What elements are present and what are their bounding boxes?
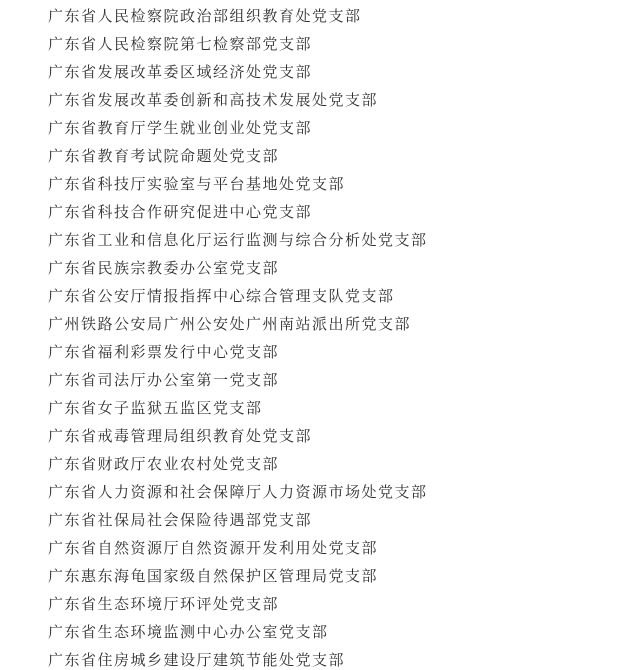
list-item: 广东省科技厅实验室与平台基地处党支部	[48, 171, 640, 199]
list-item: 广东惠东海龟国家级自然保护区管理局党支部	[48, 563, 640, 591]
list-item: 广东省公安厅情报指挥中心综合管理支队党支部	[48, 283, 640, 311]
list-item: 广东省发展改革委创新和高技术发展处党支部	[48, 87, 640, 115]
list-item: 广东省戒毒管理局组织教育处党支部	[48, 423, 640, 451]
list-item: 广东省生态环境厅环评处党支部	[48, 591, 640, 619]
list-item: 广东省社保局社会保险待遇部党支部	[48, 507, 640, 535]
list-item: 广东省科技合作研究促进中心党支部	[48, 199, 640, 227]
list-item: 广东省工业和信息化厅运行监测与综合分析处党支部	[48, 227, 640, 255]
list-item: 广东省发展改革委区域经济处党支部	[48, 59, 640, 87]
list-item: 广州铁路公安局广州公安处广州南站派出所党支部	[48, 311, 640, 339]
list-item: 广东省民族宗教委办公室党支部	[48, 255, 640, 283]
list-item: 广东省住房城乡建设厅建筑节能处党支部	[48, 647, 640, 670]
branch-list: 广东省人民检察院政治部组织教育处党支部广东省人民检察院第七检察部党支部广东省发展…	[48, 3, 640, 670]
list-item: 广东省财政厅农业农村处党支部	[48, 451, 640, 479]
list-item: 广东省生态环境监测中心办公室党支部	[48, 619, 640, 647]
list-item: 广东省教育考试院命题处党支部	[48, 143, 640, 171]
document-page: 广东省人民检察院政治部组织教育处党支部广东省人民检察院第七检察部党支部广东省发展…	[0, 0, 640, 670]
list-item: 广东省自然资源厅自然资源开发利用处党支部	[48, 535, 640, 563]
list-item: 广东省福利彩票发行中心党支部	[48, 339, 640, 367]
list-item: 广东省女子监狱五监区党支部	[48, 395, 640, 423]
list-item: 广东省人民检察院第七检察部党支部	[48, 31, 640, 59]
list-item: 广东省教育厅学生就业创业处党支部	[48, 115, 640, 143]
list-item: 广东省人民检察院政治部组织教育处党支部	[48, 3, 640, 31]
list-item: 广东省人力资源和社会保障厅人力资源市场处党支部	[48, 479, 640, 507]
list-item: 广东省司法厅办公室第一党支部	[48, 367, 640, 395]
